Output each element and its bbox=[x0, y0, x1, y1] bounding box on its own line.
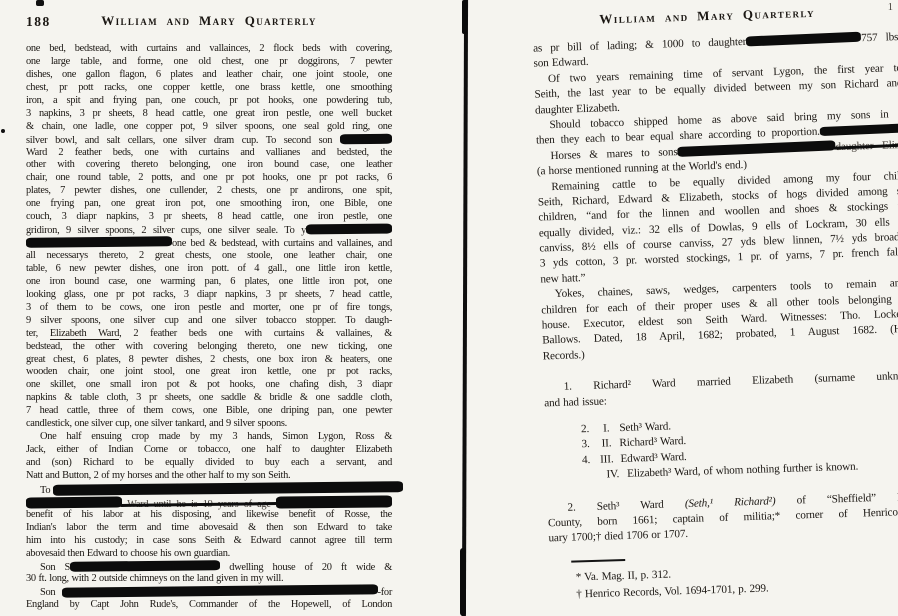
text-run: Ward 2 feather beds, one with curtains a… bbox=[26, 147, 392, 158]
text-line: wooden chair, one joint stool, one great… bbox=[26, 366, 392, 379]
text-run: Horses & mares to sons bbox=[550, 146, 677, 162]
right-page: William and Mary Quarterly as pr bill of… bbox=[520, 0, 898, 616]
text-run: uary 1700;† died 1706 or 1707. bbox=[548, 528, 688, 544]
text-run: Jack, either of Indian Corne or tobacco,… bbox=[26, 444, 392, 455]
text-line: England by Capt John Rude's, Commander o… bbox=[26, 599, 392, 612]
gutter-shadow-blob bbox=[460, 548, 466, 616]
text-run: Richard³ Ward. bbox=[619, 435, 686, 449]
text-line: iron, a spit and frying pan, one couch, … bbox=[26, 95, 392, 108]
text-line: Son S dwelling house of 20 ft wide & bbox=[26, 561, 392, 574]
text-line: benefit of his labor at his disposing, a… bbox=[26, 509, 392, 522]
text-run: one bed, bedstead, with curtains and val… bbox=[26, 43, 392, 54]
spacer bbox=[590, 461, 600, 462]
text-run: one bed & bedstead, with curtains and va… bbox=[172, 238, 392, 249]
spacer bbox=[609, 430, 619, 431]
text-run: (Seth,¹ Richard²) bbox=[685, 495, 776, 510]
text-run: chest, pr pott racks, one copper kettle,… bbox=[26, 82, 392, 93]
text-run: and (son) Richard to be equally divided … bbox=[26, 457, 392, 468]
text-line: all necessarys thereto, 2 great chests, … bbox=[26, 250, 392, 263]
text-run: him into his custody; in case sons Seith… bbox=[26, 535, 392, 546]
text-line: candlestick, one silver cup, one silver … bbox=[26, 418, 392, 431]
text-run: dishes, one gallon flagon, 6 plates and … bbox=[26, 69, 392, 80]
text-run: table, 6 new pewter dishes, one iron pot… bbox=[26, 263, 392, 274]
text-run: Elizabeth Ward bbox=[50, 328, 119, 340]
text-line: great chest, 6 plates, 8 pewter dishes, … bbox=[26, 354, 392, 367]
text-run: Seth³ Ward. bbox=[619, 420, 671, 434]
text-run: other with covering thereto belonging, o… bbox=[26, 159, 392, 170]
text-line: chair, one round table, 2 potts, and one… bbox=[26, 172, 392, 185]
text-run: One half ensuing crop made by my 3 hands… bbox=[40, 431, 392, 442]
spacer bbox=[619, 476, 627, 477]
text-line: 3 of them to be cows, one iron pestle an… bbox=[26, 302, 392, 315]
text-run: candlestick, one silver cup, one silver … bbox=[26, 418, 287, 429]
text-run: Son S bbox=[40, 562, 70, 573]
text-line: one skillet, one small iron pot & pot ho… bbox=[26, 379, 392, 392]
text-run: one iron bound case, one warming pan, 6 … bbox=[26, 276, 392, 287]
text-run: one skillet, one small iron pot & pot ho… bbox=[26, 379, 392, 390]
gutter-shadow-line bbox=[462, 0, 468, 616]
redaction-scribble bbox=[70, 560, 220, 572]
text-run: looking glass, one pr pot racks, 3 diapr… bbox=[26, 289, 392, 300]
text-line: one iron bound case, one warming pan, 6 … bbox=[26, 276, 392, 289]
text-line: one bed, bedstead, with curtains and val… bbox=[26, 43, 392, 56]
text-line: him into his custody; in case sons Seith… bbox=[26, 535, 392, 548]
text-run: dwelling house of 20 ft wide & bbox=[220, 562, 392, 573]
spacer bbox=[612, 445, 620, 446]
text-line: Indian's labor the term and time abovesa… bbox=[26, 522, 392, 535]
scan-speck bbox=[36, 0, 44, 6]
text-line: bedstead, the other with covering belong… bbox=[26, 341, 392, 354]
text-run: couch, 3 diapr napkins, 3 pr sheets, 8 h… bbox=[26, 211, 392, 222]
text-run: -for bbox=[378, 587, 392, 598]
text-run: 3. bbox=[581, 438, 589, 450]
text-run: Natt and Button, 2 of my horses and the … bbox=[26, 470, 290, 481]
cropped-page-number: 1 bbox=[888, 2, 893, 13]
spacer bbox=[546, 462, 582, 464]
text-run: new hatt.” bbox=[540, 272, 585, 285]
text-line: one large table, and forme, one old ches… bbox=[26, 56, 392, 69]
spacer bbox=[589, 431, 603, 432]
text-run: 757 lbs. bbox=[861, 31, 898, 44]
redaction-scribble bbox=[53, 481, 403, 496]
text-line: looking glass, one pr pot racks, 3 diapr… bbox=[26, 289, 392, 302]
text-run: 7 head cattle, three of them cows, one B… bbox=[26, 405, 392, 416]
text-run: chair, one round table, 2 potts, and one… bbox=[26, 172, 392, 183]
redaction-scribble bbox=[62, 585, 378, 598]
text-run: gridiron, 9 silver spoons, 2 silver cups… bbox=[26, 225, 306, 236]
text-line: abovesaid then Edward to choose his own … bbox=[26, 548, 392, 561]
redaction-scribble bbox=[26, 236, 172, 248]
text-run: * Va. Mag. II, p. 312. bbox=[576, 568, 672, 583]
scan-speck bbox=[1, 129, 5, 133]
right-page-content: William and Mary Quarterly as pr bill of… bbox=[520, 2, 898, 605]
text-line: Son -for bbox=[26, 586, 392, 599]
text-run: wooden chair, one joint stool, one great… bbox=[26, 366, 392, 377]
text-run: great chest, 6 plates, 8 pewter dishes, … bbox=[26, 354, 392, 365]
text-run: one large table, and forme, one old ches… bbox=[26, 56, 392, 67]
left-page-header: 188 William and Mary Quarterly bbox=[26, 13, 392, 32]
text-run: Records.) bbox=[543, 349, 585, 362]
text-run: benefit of his labor at his disposing, a… bbox=[26, 509, 392, 520]
text-run: Indian's labor the term and time abovesa… bbox=[26, 522, 392, 533]
spacer bbox=[547, 477, 607, 480]
text-run: Son bbox=[40, 587, 62, 598]
text-line: To bbox=[26, 483, 392, 496]
text-run: 3 napkins, 3 pr sheets, 8 head cattle, o… bbox=[26, 108, 392, 119]
text-run: III. bbox=[600, 453, 614, 465]
text-run: & chain, one ladle, one copper pot, 9 si… bbox=[26, 121, 392, 132]
text-line: chest, pr pott racks, one copper kettle,… bbox=[26, 82, 392, 95]
text-run: abovesaid then Edward to choose his own … bbox=[26, 548, 230, 559]
text-line: Jack, either of Indian Corne or tobacco,… bbox=[26, 444, 392, 457]
text-line: silver bowl, and salt cellars, one silve… bbox=[26, 134, 392, 147]
page-number: 188 bbox=[26, 14, 51, 30]
gutter-shadow-top bbox=[462, 0, 467, 34]
text-run: II. bbox=[601, 438, 611, 450]
text-run: To bbox=[40, 485, 53, 496]
text-run: all necessarys thereto, 2 great chests, … bbox=[26, 250, 392, 261]
footnote-rule bbox=[571, 559, 625, 563]
text-line: one bed & bedstead, with curtains and va… bbox=[26, 237, 392, 250]
text-run: 2. bbox=[581, 423, 589, 435]
text-run: 9 silver spoons, one silver cup and one … bbox=[26, 315, 392, 326]
text-run: son Edward. bbox=[533, 56, 588, 70]
scanned-book-spread: 188 William and Mary Quarterly one bed, … bbox=[0, 0, 898, 616]
text-line: other with covering thereto belonging, o… bbox=[26, 159, 392, 172]
text-run: Edward³ Ward. bbox=[620, 451, 686, 465]
redaction-scribble bbox=[276, 495, 392, 508]
text-line: table, 6 new pewter dishes, one iron pot… bbox=[26, 263, 392, 276]
text-run: silver bowl, and salt cellars, one silve… bbox=[26, 135, 340, 146]
text-run: 4. bbox=[582, 454, 590, 466]
text-run: I. bbox=[603, 422, 610, 434]
journal-title-left: William and Mary Quarterly bbox=[26, 13, 392, 29]
text-line: 3 napkins, 3 pr sheets, 8 head cattle, o… bbox=[26, 108, 392, 121]
text-line: plates, 7 pewter dishes, one cullender, … bbox=[26, 185, 392, 198]
text-run: IV. bbox=[606, 468, 619, 480]
text-line: One half ensuing crop made by my 3 hands… bbox=[26, 431, 392, 444]
text-run: 30 ft. long, with 2 outside chimneys on … bbox=[26, 573, 283, 584]
text-run: of “Sheffield” Hen bbox=[775, 490, 898, 506]
text-run: plates, 7 pewter dishes, one cullender, … bbox=[26, 185, 392, 196]
text-line: one frying pan, one great iron pot, one … bbox=[26, 198, 392, 211]
text-line: 9 silver spoons, one silver cup and one … bbox=[26, 315, 392, 328]
text-line: and (son) Richard to be equally divided … bbox=[26, 457, 392, 470]
text-run: ter, bbox=[26, 328, 50, 339]
journal-title-right: William and Mary Quarterly bbox=[532, 3, 882, 30]
text-line: Ward 2 feather beds, one with curtains a… bbox=[26, 147, 392, 160]
spacer bbox=[590, 446, 602, 447]
text-run: 2. Seth³ Ward bbox=[567, 498, 685, 514]
redaction-scribble bbox=[306, 224, 392, 235]
text-line: Ward until he is 19 years of age bbox=[26, 496, 392, 509]
text-run: daughter Elizabeth. bbox=[535, 101, 620, 116]
text-line: gridiron, 9 silver spoons, 2 silver cups… bbox=[26, 224, 392, 237]
text-line: napkins & table cloth, 3 pr sheets, one … bbox=[26, 392, 392, 405]
text-run: one frying pan, one great iron pot, one … bbox=[26, 198, 392, 209]
redaction-scribble bbox=[26, 496, 122, 508]
text-run: England by Capt John Rude's, Commander o… bbox=[26, 599, 392, 610]
text-line: dishes, one gallon flagon, 6 plates and … bbox=[26, 69, 392, 82]
redaction-scribble bbox=[820, 124, 898, 137]
spacer bbox=[545, 431, 581, 433]
redaction-scribble bbox=[746, 32, 861, 47]
text-run: and had issue: bbox=[544, 395, 607, 409]
text-run: daughter Eliza bbox=[835, 139, 898, 153]
text-run: 3 of them to be cows, one iron pestle an… bbox=[26, 302, 392, 313]
text-line: ter, Elizabeth Ward, 2 feather beds one … bbox=[26, 328, 392, 341]
left-page: 188 William and Mary Quarterly one bed, … bbox=[26, 0, 392, 612]
text-run: napkins & table cloth, 3 pr sheets, one … bbox=[26, 392, 392, 403]
text-line: 7 head cattle, three of them cows, one B… bbox=[26, 405, 392, 418]
spacer bbox=[546, 447, 582, 449]
redaction-scribble bbox=[340, 133, 392, 144]
text-line: couch, 3 diapr napkins, 3 pr sheets, 8 h… bbox=[26, 211, 392, 224]
right-page-body: as pr bill of lading; & 1000 to daughter… bbox=[533, 30, 898, 604]
text-line: & chain, one ladle, one copper pot, 9 si… bbox=[26, 121, 392, 134]
text-run: bedstead, the other with covering belong… bbox=[26, 341, 392, 352]
text-run: , 2 feather beds one with curtains & val… bbox=[119, 328, 392, 339]
left-page-body: one bed, bedstead, with curtains and val… bbox=[26, 43, 392, 612]
text-run: † Henrico Records, Vol. 1694-1701, p. 29… bbox=[576, 583, 769, 601]
text-run: iron, a spit and frying pan, one couch, … bbox=[26, 95, 392, 106]
